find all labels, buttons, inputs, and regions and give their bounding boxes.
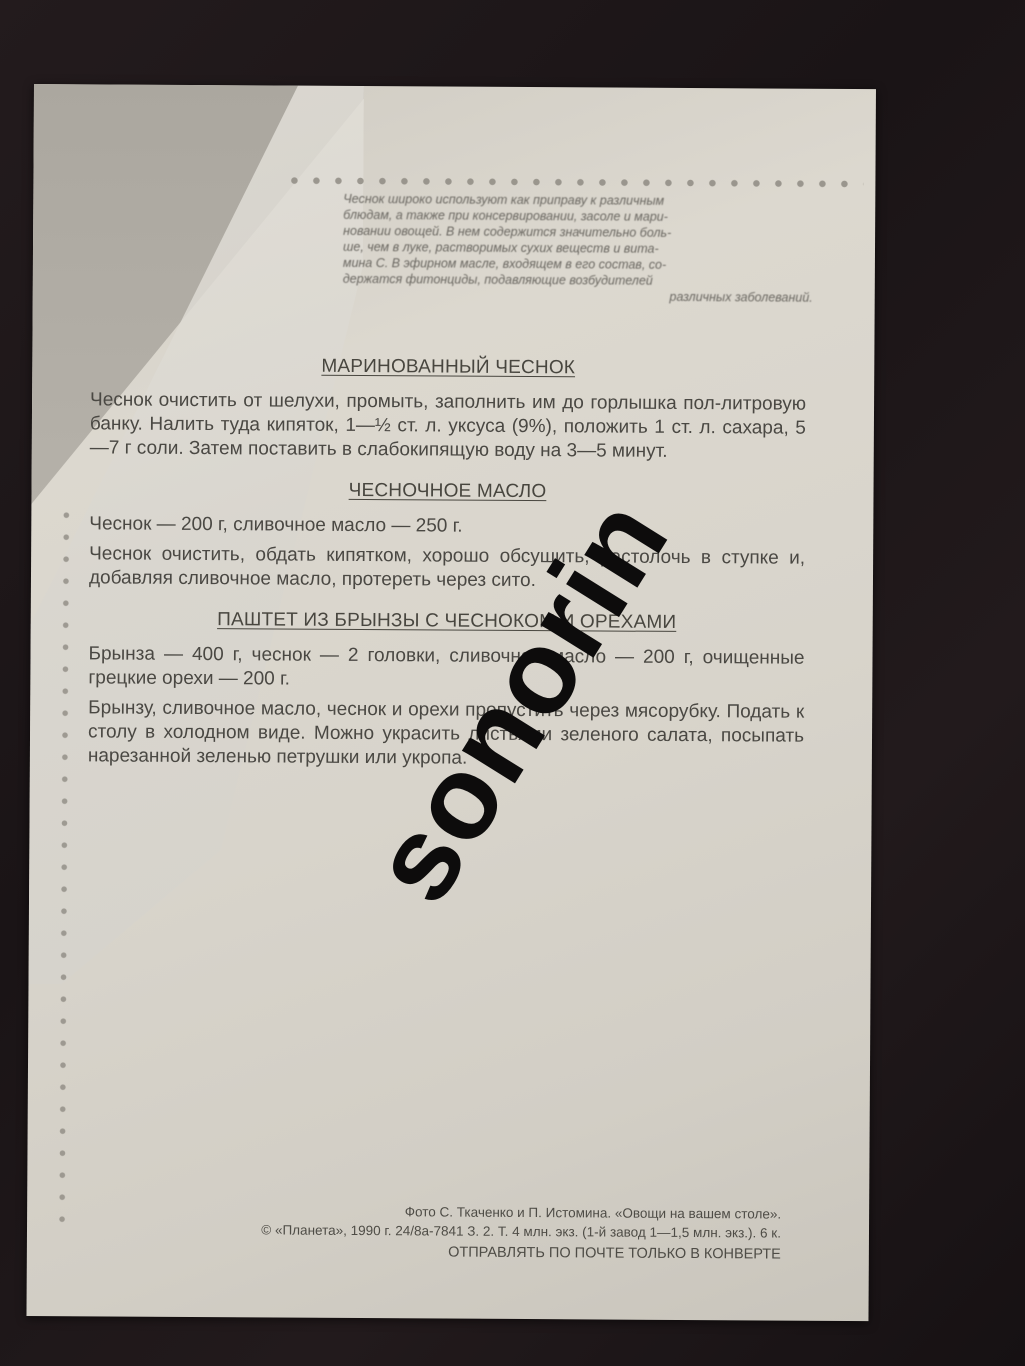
recipe-ingredients: Чеснок — 200 г, сливочное масло — 250 г. [89,512,805,540]
card-footer: Фото С. Ткаченко и П. Истомина. «Овощи н… [261,1201,781,1264]
recipe-instructions: Чеснок очистить, обдать кипятком, хорошо… [89,542,805,594]
perforation-top [283,176,863,190]
recipe-pickled-garlic: МАРИНОВАННЫЙ ЧЕСНОК Чеснок очистить от ш… [90,354,807,464]
intro-line: держатся фитонциды, подавляющие возбудит… [343,271,813,290]
postal-note: ОТПРАВЛЯТЬ ПО ПОЧТЕ ТОЛЬКО В КОНВЕРТЕ [261,1242,781,1264]
publisher-imprint: © «Планета», 1990 г. 24/8а-7841 З. 2. Т.… [261,1220,781,1242]
recipe-title: ПАШТЕТ ИЗ БРЫНЗЫ С ЧЕСНОКОМ И ОРЕХАМИ [89,608,805,634]
recipe-title: МАРИНОВАННЫЙ ЧЕСНОК [90,354,806,380]
recipe-title: ЧЕСНОЧНОЕ МАСЛО [89,478,805,504]
recipe-instructions: Чеснок очистить от шелухи, промыть, запо… [90,388,806,464]
intro-line: различных заболеваний. [343,287,813,306]
intro-paragraph: Чеснок широко используют как приправу к … [343,191,814,306]
recipe-garlic-butter: ЧЕСНОЧНОЕ МАСЛО Чеснок — 200 г, сливочно… [89,478,806,594]
